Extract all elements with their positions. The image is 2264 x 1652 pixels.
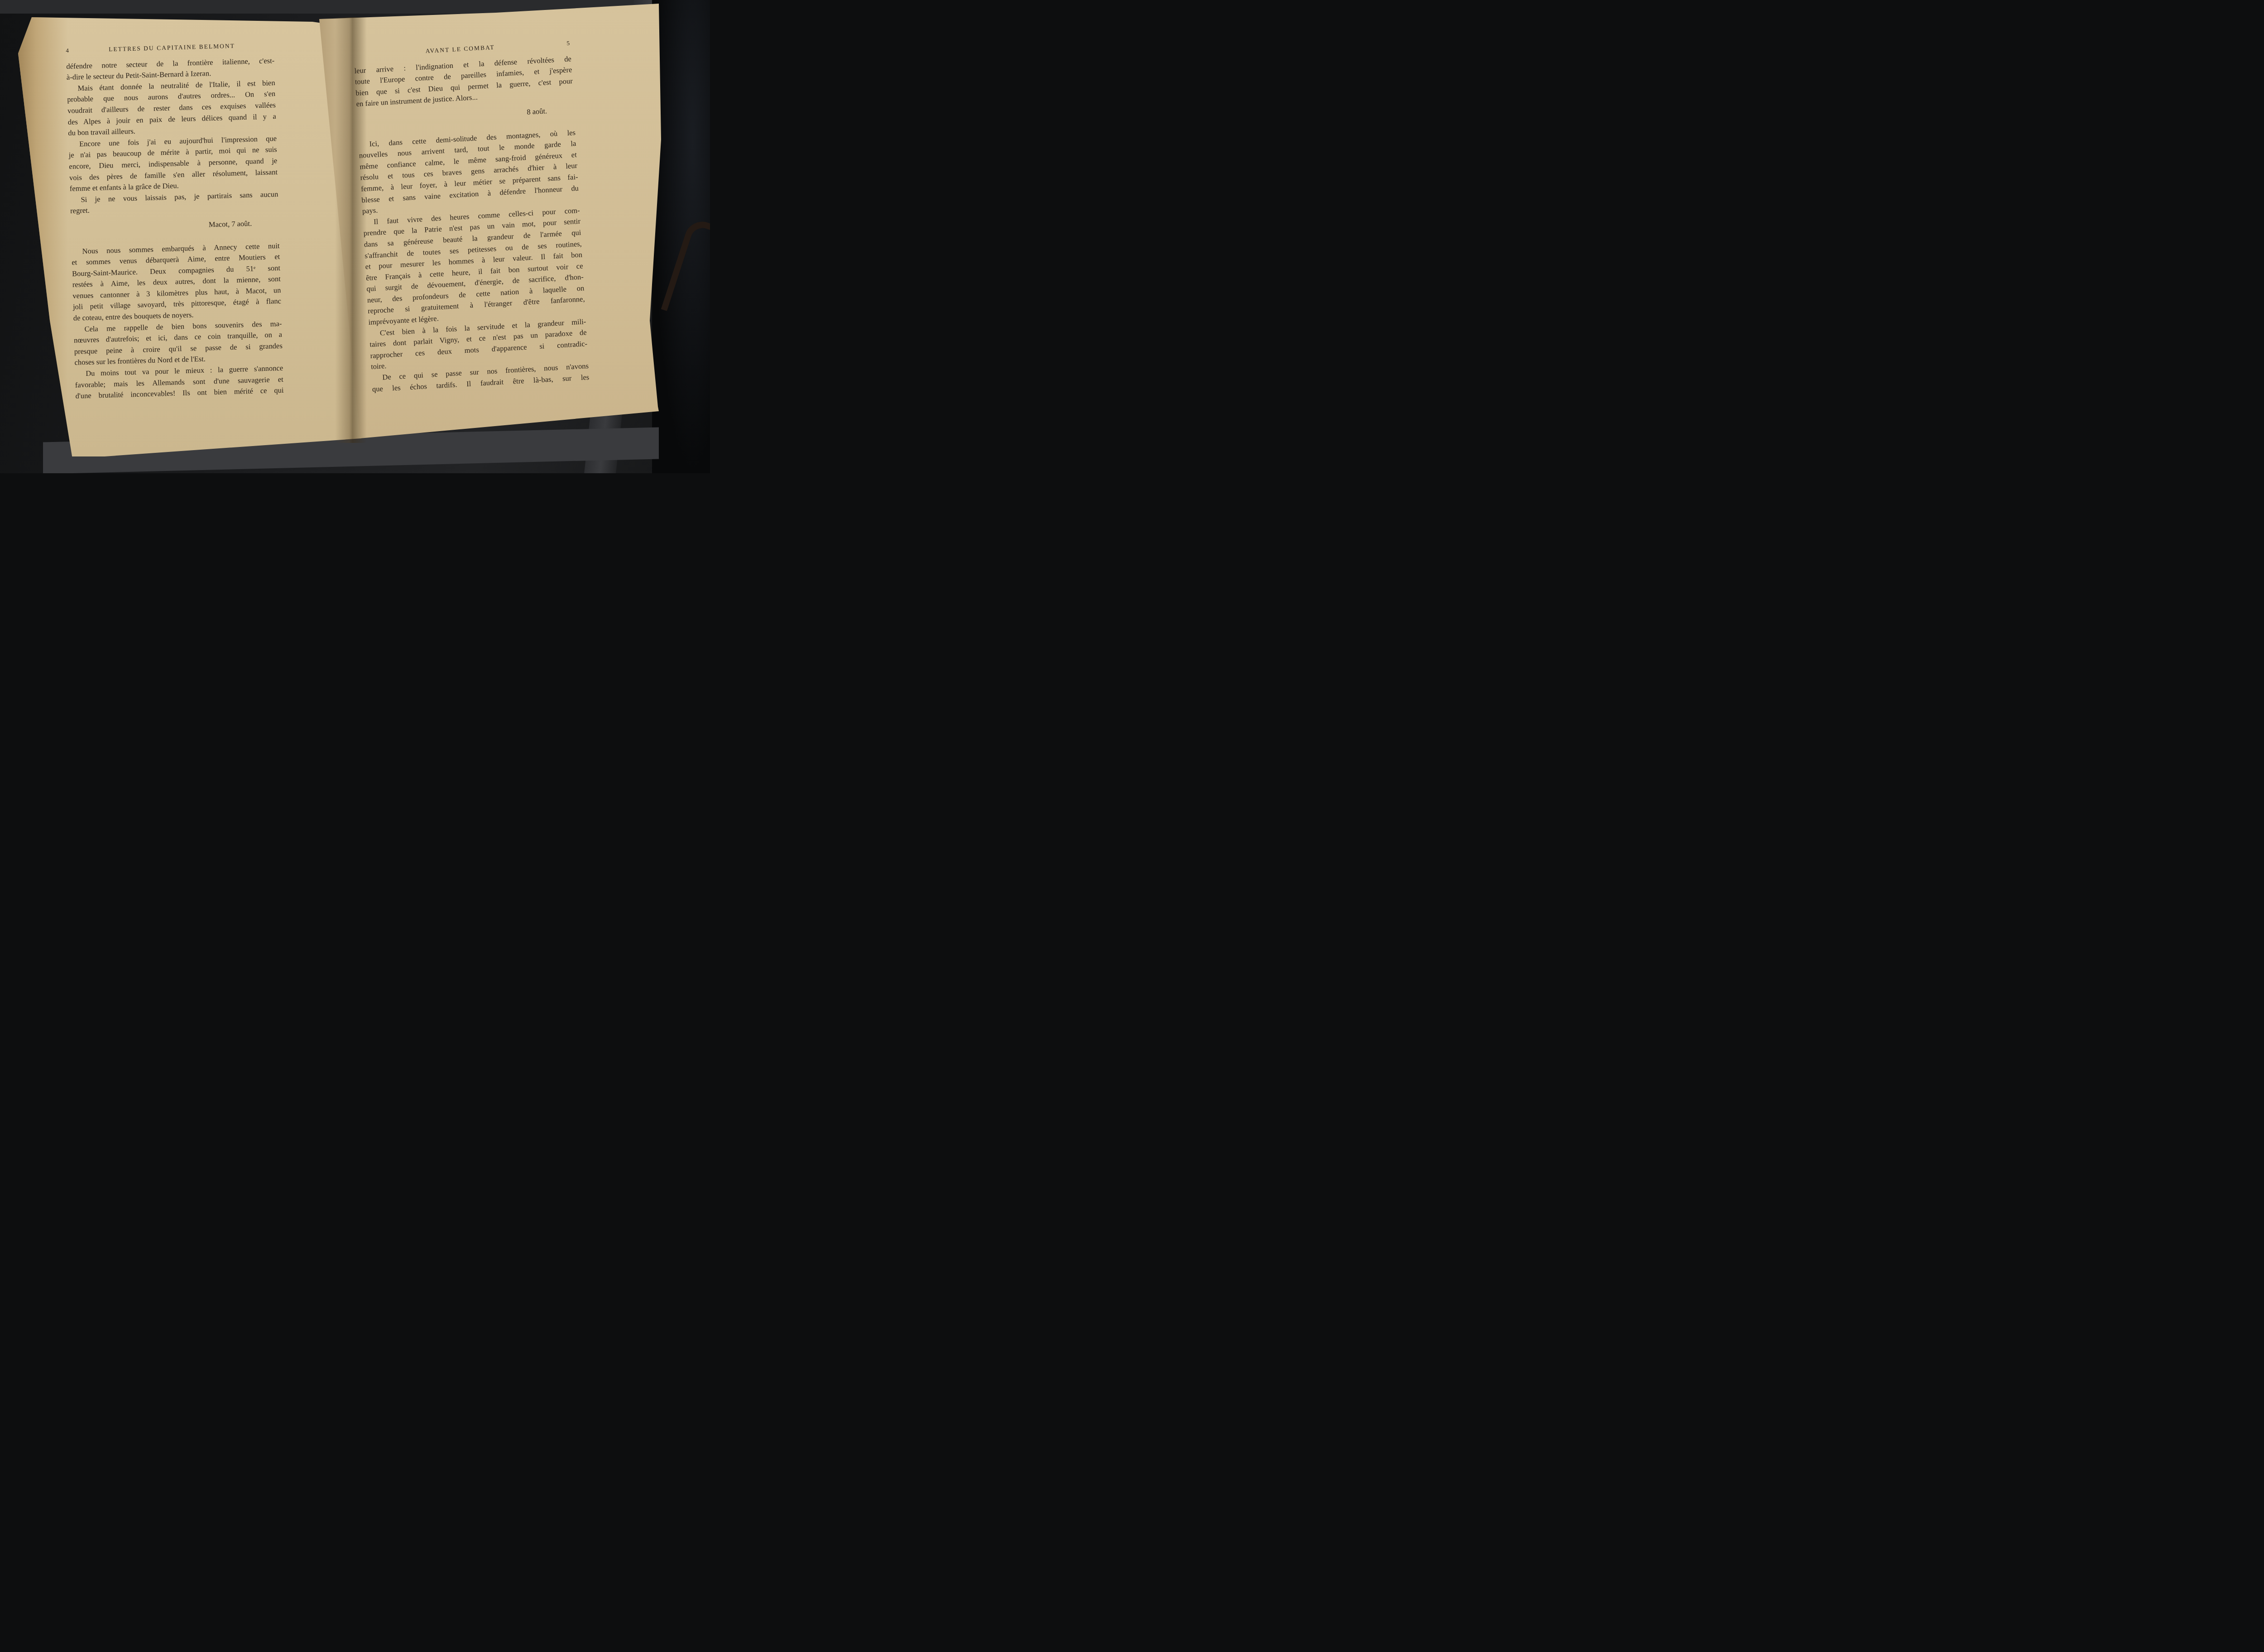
letter-dateline: Macot, 7 août. [71,217,279,234]
page-number: 5 [566,38,571,49]
left-page-text: 4 LETTRES DU CAPITAINE BELMONT défendre … [66,39,284,402]
right-page-text: AVANT LE COMBAT 5 leur arrive : l'indign… [353,38,590,395]
